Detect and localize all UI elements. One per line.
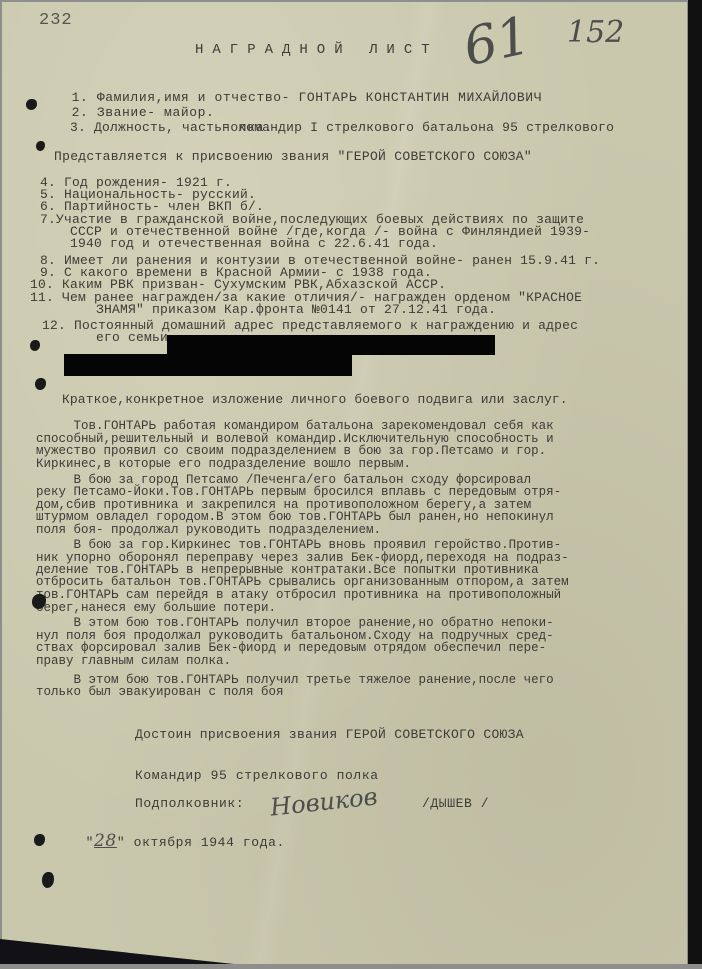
- punch-hole-6: [34, 834, 45, 846]
- redaction-bar-2: [64, 354, 352, 376]
- punch-hole-7: [42, 872, 54, 888]
- bio-line: ЗНАМЯ" приказом Кар.фронта №0141 от 27.1…: [64, 303, 496, 316]
- summary-heading: Краткое,конкретное изложение личного бое…: [62, 393, 568, 406]
- field-3-text: Должность, часть- командир I стрелкового…: [94, 120, 614, 135]
- signature-date: "28" октября 1944 года.: [52, 822, 285, 862]
- signer-rank: Подполковник:: [135, 797, 244, 810]
- nomination-line: Представляется к присвоению звания "ГЕРО…: [54, 150, 532, 163]
- narrative-line: Киркинес,в которые его подразделение вош…: [36, 458, 411, 471]
- signer-position: Командир 95 стрелкового полка: [135, 769, 379, 782]
- narrative-line: праву главным силам полка.: [36, 655, 231, 668]
- field-3: 3. Должность, часть- командир I стрелков…: [38, 108, 614, 147]
- narrative-line: только был эвакуирован с поля боя: [36, 686, 284, 699]
- date-day-handwritten: 28: [94, 831, 117, 851]
- document-title: НАГРАДНОЙ ЛИСТ: [195, 44, 439, 57]
- bio-line: 1940 год и отечественная война с 22.6.41…: [54, 237, 438, 250]
- handwritten-mark-61: 61: [458, 6, 535, 78]
- narrative-line: поля боя- продолжал руководить подраздел…: [36, 524, 381, 537]
- date-month-year: октября 1944 года.: [134, 835, 285, 850]
- punch-hole-2: [36, 141, 45, 151]
- conclusion-line: Достоин присвоения звания ГЕРОЙ СОВЕТСКО…: [135, 728, 524, 741]
- punch-hole-4: [35, 378, 46, 390]
- field-3-num: 3.: [70, 120, 86, 135]
- redaction-bar-1: [167, 335, 495, 355]
- bio-line: его семьи-: [64, 331, 176, 344]
- sheet-number: 232: [39, 14, 73, 27]
- scan-edge-right: [688, 0, 702, 969]
- scan-border: [0, 964, 702, 969]
- field-3-continuation: полка.: [222, 121, 272, 134]
- signer-name: /ДЫШЕВ /: [422, 797, 489, 810]
- award-sheet-page: 232 61 152 НАГРАДНОЙ ЛИСТ 1. Фамилия,имя…: [2, 2, 687, 964]
- narrative-line: берег,нанеся ему большие потери.: [36, 602, 276, 615]
- punch-hole-3: [30, 340, 40, 351]
- handwritten-signature: Новиков: [269, 782, 379, 821]
- handwritten-mark-152: 152: [567, 15, 624, 50]
- punch-hole-1: [26, 99, 37, 110]
